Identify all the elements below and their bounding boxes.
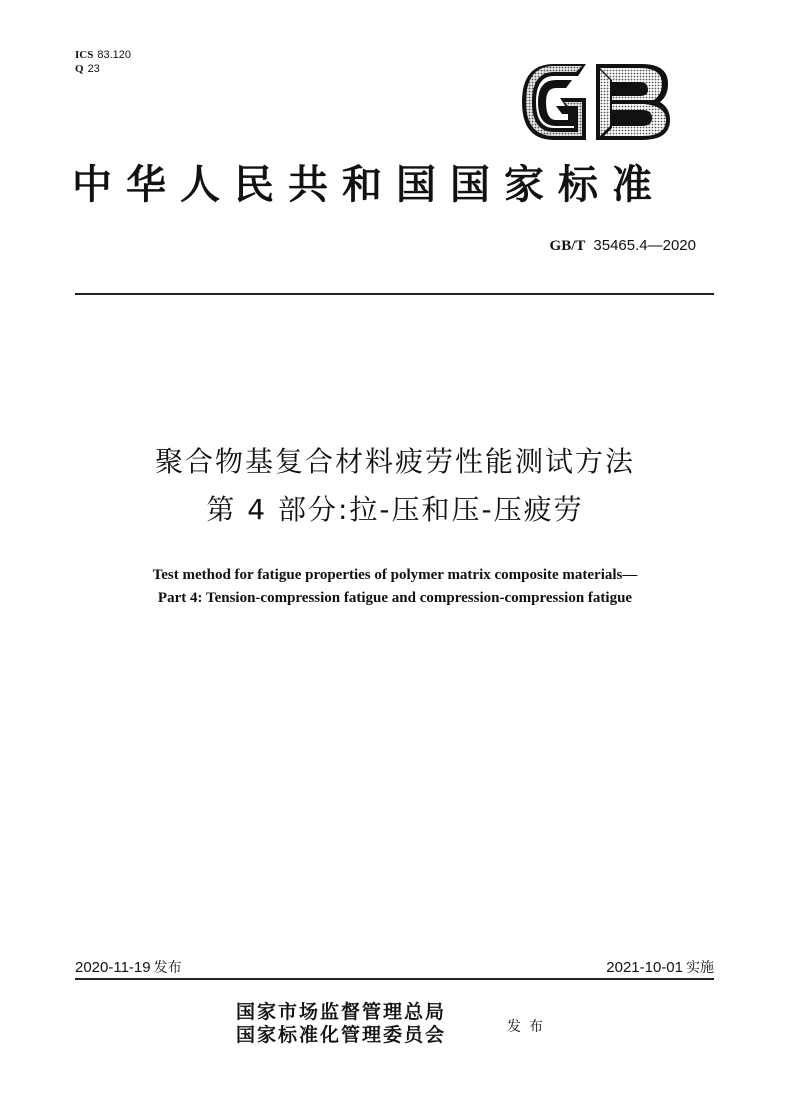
standard-number: GB/T35465.4—2020 [550, 236, 696, 255]
title-cn-line2: 第 4 部分:拉-压和压-压疲劳 [0, 488, 790, 532]
ics-code: ICS83.120 [75, 48, 131, 62]
title-cn-line1: 聚合物基复合材料疲劳性能测试方法 [0, 440, 790, 484]
ccs-code: Q23 [75, 62, 131, 76]
issuer-samr: 国家市场监督管理总局 [236, 1001, 446, 1024]
issuer-sac: 国家标准化管理委员会 [236, 1024, 446, 1047]
classification-codes: ICS83.120 Q23 [75, 48, 131, 76]
title-en-line2: Part 4: Tension-compression fatigue and … [0, 587, 790, 610]
gb-logo [516, 60, 676, 144]
bottom-divider [75, 978, 714, 980]
implementation-date: 2021-10-01实施 [606, 957, 714, 977]
national-standard-title: 中华人民共和国国家标准 [72, 160, 722, 210]
title-en-line1: Test method for fatigue properties of po… [0, 564, 790, 587]
publish-label: 发布 [507, 1016, 551, 1036]
issue-date: 2020-11-19发布 [75, 957, 182, 977]
top-divider [75, 293, 714, 295]
issuing-authorities: 国家市场监督管理总局 国家标准化管理委员会 [236, 1001, 446, 1047]
